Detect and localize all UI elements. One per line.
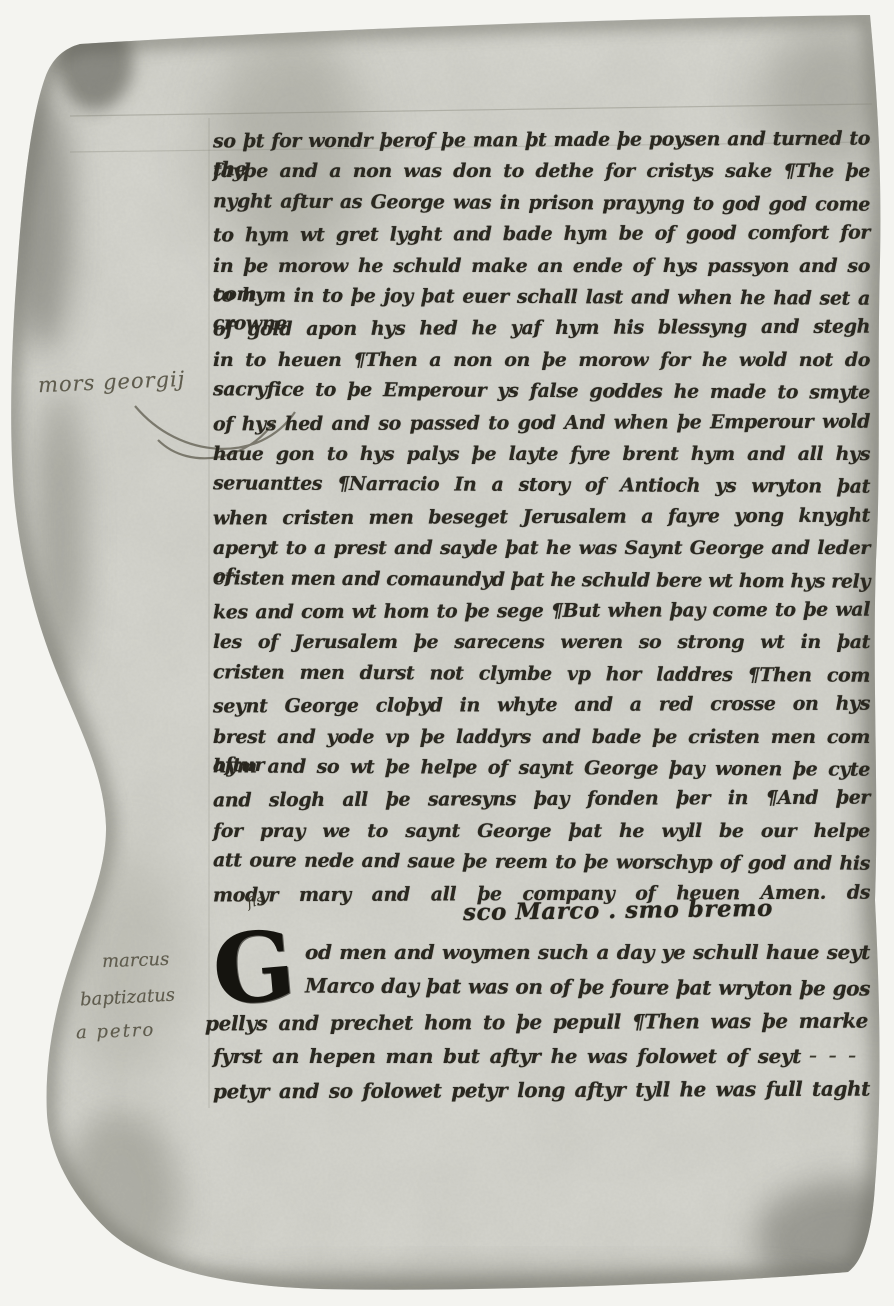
manuscript-line: to hym in to þe joy þat euer schall last… bbox=[213, 281, 870, 314]
photo-backdrop: mors georgij marcus baptizatus a petro s… bbox=[0, 0, 894, 1306]
section-heading: sco Marco . smo bremo bbox=[443, 895, 793, 934]
manuscript-line: to hym wt gret lyght and bade hym be of … bbox=[213, 219, 870, 252]
manuscript-line: when cristen men beseget Jerusalem a fay… bbox=[213, 502, 870, 535]
manuscript-line: of gold apon hys hed he yaf hym his bles… bbox=[213, 313, 870, 346]
text-block: so þt for wondr þerof þe man þt made þe … bbox=[213, 0, 870, 1306]
manuscript-line: fayþe and a non was don to dethe for cri… bbox=[213, 157, 870, 187]
manuscript-line: haue gon to hys palys þe layte fyre bren… bbox=[213, 440, 870, 470]
manuscript-line: in þe morow he schuld make an ende of hy… bbox=[213, 252, 870, 282]
manuscript-line: les of Jerusalem þe sarecens weren so st… bbox=[213, 628, 870, 658]
manuscript-line: nyght aftur as George was in prison pray… bbox=[213, 187, 870, 220]
manuscript-line: att oure nede and saue þe reem to þe wor… bbox=[213, 846, 870, 879]
manuscript-line: cristen men durst not clymbe vp hor ladd… bbox=[213, 658, 870, 691]
margin-note-baptizatus: baptizatus bbox=[80, 985, 176, 1011]
manuscript-line: hym and so wt þe helpe of saynt George þ… bbox=[213, 752, 870, 785]
manuscript-line: od men and woymen such a day ye schull h… bbox=[305, 938, 870, 968]
manuscript-line: Marco day þat was on of þe foure þat wry… bbox=[305, 972, 870, 1005]
manuscript-line: petyr and so folowet petyr long aftyr ty… bbox=[213, 1075, 870, 1108]
manuscript-line: for pray we to saynt George þat he wyll … bbox=[213, 817, 870, 847]
margin-note-marcus: marcus bbox=[102, 949, 170, 972]
manuscript-line: pellys and prechet hom to þe pepull ¶The… bbox=[205, 1007, 868, 1040]
manuscript-line: fyrst an hepen man but aftyr he was folo… bbox=[213, 1042, 801, 1072]
line-filler-dashes: – – – bbox=[809, 1046, 879, 1065]
manuscript-line: and slogh all þe saresyns þay fonden þer… bbox=[213, 784, 870, 817]
manuscript-line: in to heuen ¶Then a non on þe morow for … bbox=[213, 346, 870, 376]
manuscript-line: sacryfice to þe Emperour ys false goddes… bbox=[213, 375, 870, 408]
margin-note-mors-georgii: mors georgij bbox=[38, 367, 186, 397]
manuscript-line: kes and com wt hom to þe sege ¶But when … bbox=[213, 596, 870, 629]
manuscript-line: cristen men and comaundyd þat he schuld … bbox=[213, 564, 870, 597]
manuscript-line: seynt George cloþyd in whyte and a red c… bbox=[213, 690, 870, 723]
handwriting-layer: mors georgij marcus baptizatus a petro s… bbox=[0, 0, 894, 1306]
manuscript-line: brest and yode vp þe laddyrs and bade þe… bbox=[213, 723, 870, 753]
manuscript-line: aperyt to a prest and sayde þat he was S… bbox=[213, 534, 870, 564]
margin-note-a-petro: a petro bbox=[76, 1020, 156, 1044]
manuscript-line: seruanttes ¶Narracio In a story of Antio… bbox=[213, 469, 870, 502]
manuscript-line: of hys hed and so passed to god And when… bbox=[213, 408, 870, 441]
manuscript-line: so þt for wondr þerof þe man þt made þe … bbox=[213, 125, 870, 158]
